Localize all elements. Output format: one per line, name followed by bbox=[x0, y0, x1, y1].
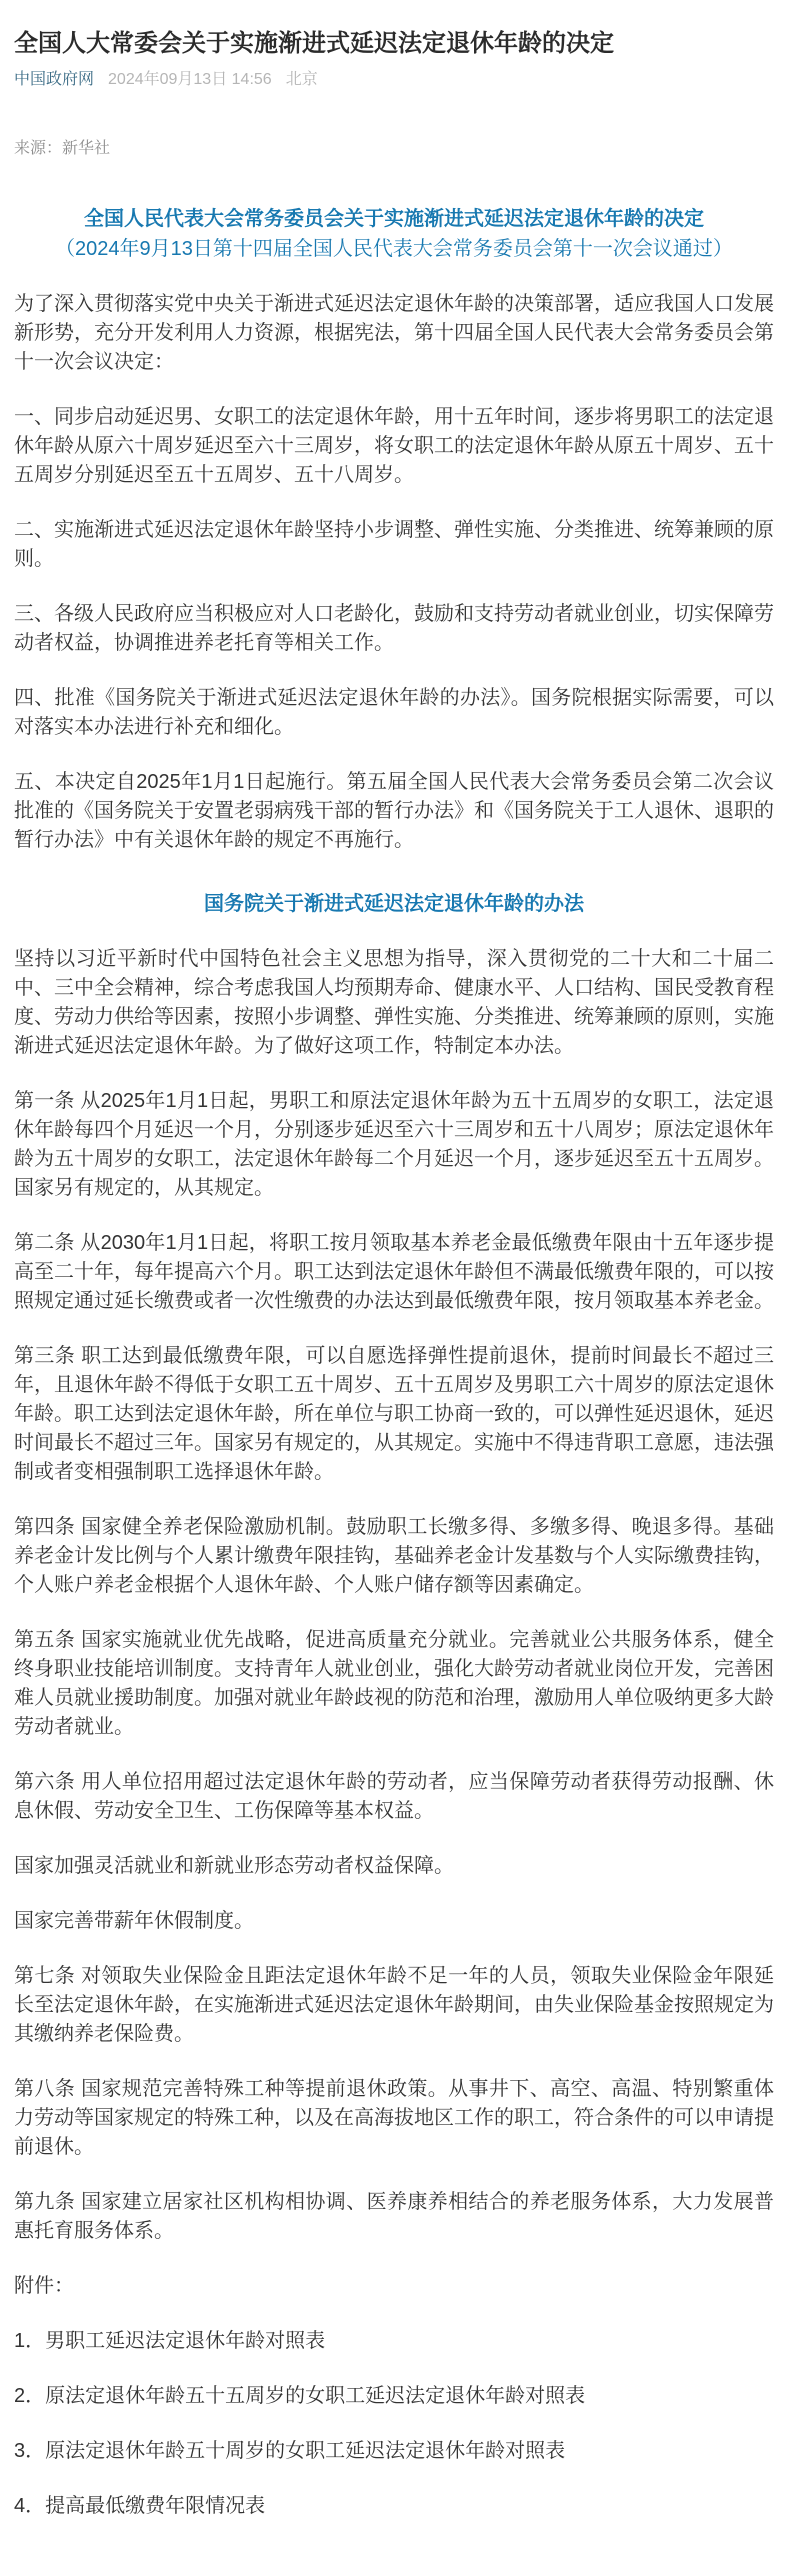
measures-title: 国务院关于渐进式延迟法定退休年龄的办法 bbox=[14, 889, 774, 919]
decision-title: 全国人民代表大会常务委员会关于实施渐进式延迟法定退休年龄的决定 bbox=[14, 204, 774, 234]
decision-paragraph-preamble: 为了深入贯彻落实党中央关于渐进式延迟法定退休年龄的决策部署，适应我国人口发展新形… bbox=[14, 290, 774, 377]
source-label: 来源：新华社 bbox=[14, 138, 774, 160]
measures-paragraph-article-2: 第二条 从2030年1月1日起，将职工按月领取基本养老金最低缴费年限由十五年逐步… bbox=[14, 1229, 774, 1316]
measures-paragraph-article-6: 第六条 用人单位招用超过法定退休年龄的劳动者，应当保障劳动者获得劳动报酬、休息休… bbox=[14, 1768, 774, 1826]
meta-bar: 中国政府网2024年09月13日 14:56北京 bbox=[14, 69, 774, 91]
decision-paragraph-item-5: 五、本决定自2025年1月1日起施行。第五届全国人民代表大会常务委员会第二次会议… bbox=[14, 768, 774, 855]
decision-paragraph-item-1: 一、同步启动延迟男、女职工的法定退休年龄，用十五年时间，逐步将男职工的法定退休年… bbox=[14, 403, 774, 490]
measures-paragraph-paid-leave: 国家完善带薪年休假制度。 bbox=[14, 1907, 774, 1936]
measures-paragraph-article-9: 第九条 国家建立居家社区机构相协调、医养康养相结合的养老服务体系，大力发展普惠托… bbox=[14, 2188, 774, 2246]
article-body: 全国人民代表大会常务委员会关于实施渐进式延迟法定退休年龄的决定 （2024年9月… bbox=[14, 204, 774, 2521]
attachments-label: 附件： bbox=[14, 2272, 774, 2301]
measures-paragraph-preamble: 坚持以习近平新时代中国特色社会主义思想为指导，深入贯彻党的二十大和二十届二中、三… bbox=[14, 945, 774, 1061]
attachment-item-2: 2．原法定退休年龄五十五周岁的女职工延迟法定退休年龄对照表 bbox=[14, 2382, 774, 2411]
page-title: 全国人大常委会关于实施渐进式延迟法定退休年龄的决定 bbox=[14, 26, 774, 62]
site-link[interactable]: 中国政府网 bbox=[14, 71, 94, 88]
measures-paragraph-article-1: 第一条 从2025年1月1日起，男职工和原法定退休年龄为五十五周岁的女职工，法定… bbox=[14, 1087, 774, 1203]
publish-location: 北京 bbox=[286, 71, 318, 88]
decision-paragraph-item-3: 三、各级人民政府应当积极应对人口老龄化，鼓励和支持劳动者就业创业，切实保障劳动者… bbox=[14, 600, 774, 658]
attachment-item-4: 4．提高最低缴费年限情况表 bbox=[14, 2492, 774, 2521]
measures-paragraph-article-8: 第八条 国家规范完善特殊工种等提前退休政策。从事井下、高空、高温、特别繁重体力劳… bbox=[14, 2075, 774, 2162]
article-page: 全国人大常委会关于实施渐进式延迟法定退休年龄的决定 中国政府网2024年09月1… bbox=[0, 0, 788, 2545]
measures-paragraph-article-7: 第七条 对领取失业保险金且距法定退休年龄不足一年的人员，领取失业保险金年限延长至… bbox=[14, 1962, 774, 2049]
measures-paragraph-flexible-employment: 国家加强灵活就业和新就业形态劳动者权益保障。 bbox=[14, 1852, 774, 1881]
decision-subtitle: （2024年9月13日第十四届全国人民代表大会常务委员会第十一次会议通过） bbox=[14, 234, 774, 264]
attachment-item-1: 1．男职工延迟法定退休年龄对照表 bbox=[14, 2327, 774, 2356]
measures-paragraph-article-5: 第五条 国家实施就业优先战略，促进高质量充分就业。完善就业公共服务体系，健全终身… bbox=[14, 1626, 774, 1742]
attachment-item-3: 3．原法定退休年龄五十周岁的女职工延迟法定退休年龄对照表 bbox=[14, 2437, 774, 2466]
decision-paragraph-item-2: 二、实施渐进式延迟法定退休年龄坚持小步调整、弹性实施、分类推进、统筹兼顾的原则。 bbox=[14, 516, 774, 574]
decision-paragraph-item-4: 四、批准《国务院关于渐进式延迟法定退休年龄的办法》。国务院根据实际需要，可以对落… bbox=[14, 684, 774, 742]
measures-paragraph-article-4: 第四条 国家健全养老保险激励机制。鼓励职工长缴多得、多缴多得、晚退多得。基础养老… bbox=[14, 1513, 774, 1600]
publish-datetime: 2024年09月13日 14:56 bbox=[108, 71, 272, 88]
measures-paragraph-article-3: 第三条 职工达到最低缴费年限，可以自愿选择弹性提前退休，提前时间最长不超过三年，… bbox=[14, 1342, 774, 1487]
